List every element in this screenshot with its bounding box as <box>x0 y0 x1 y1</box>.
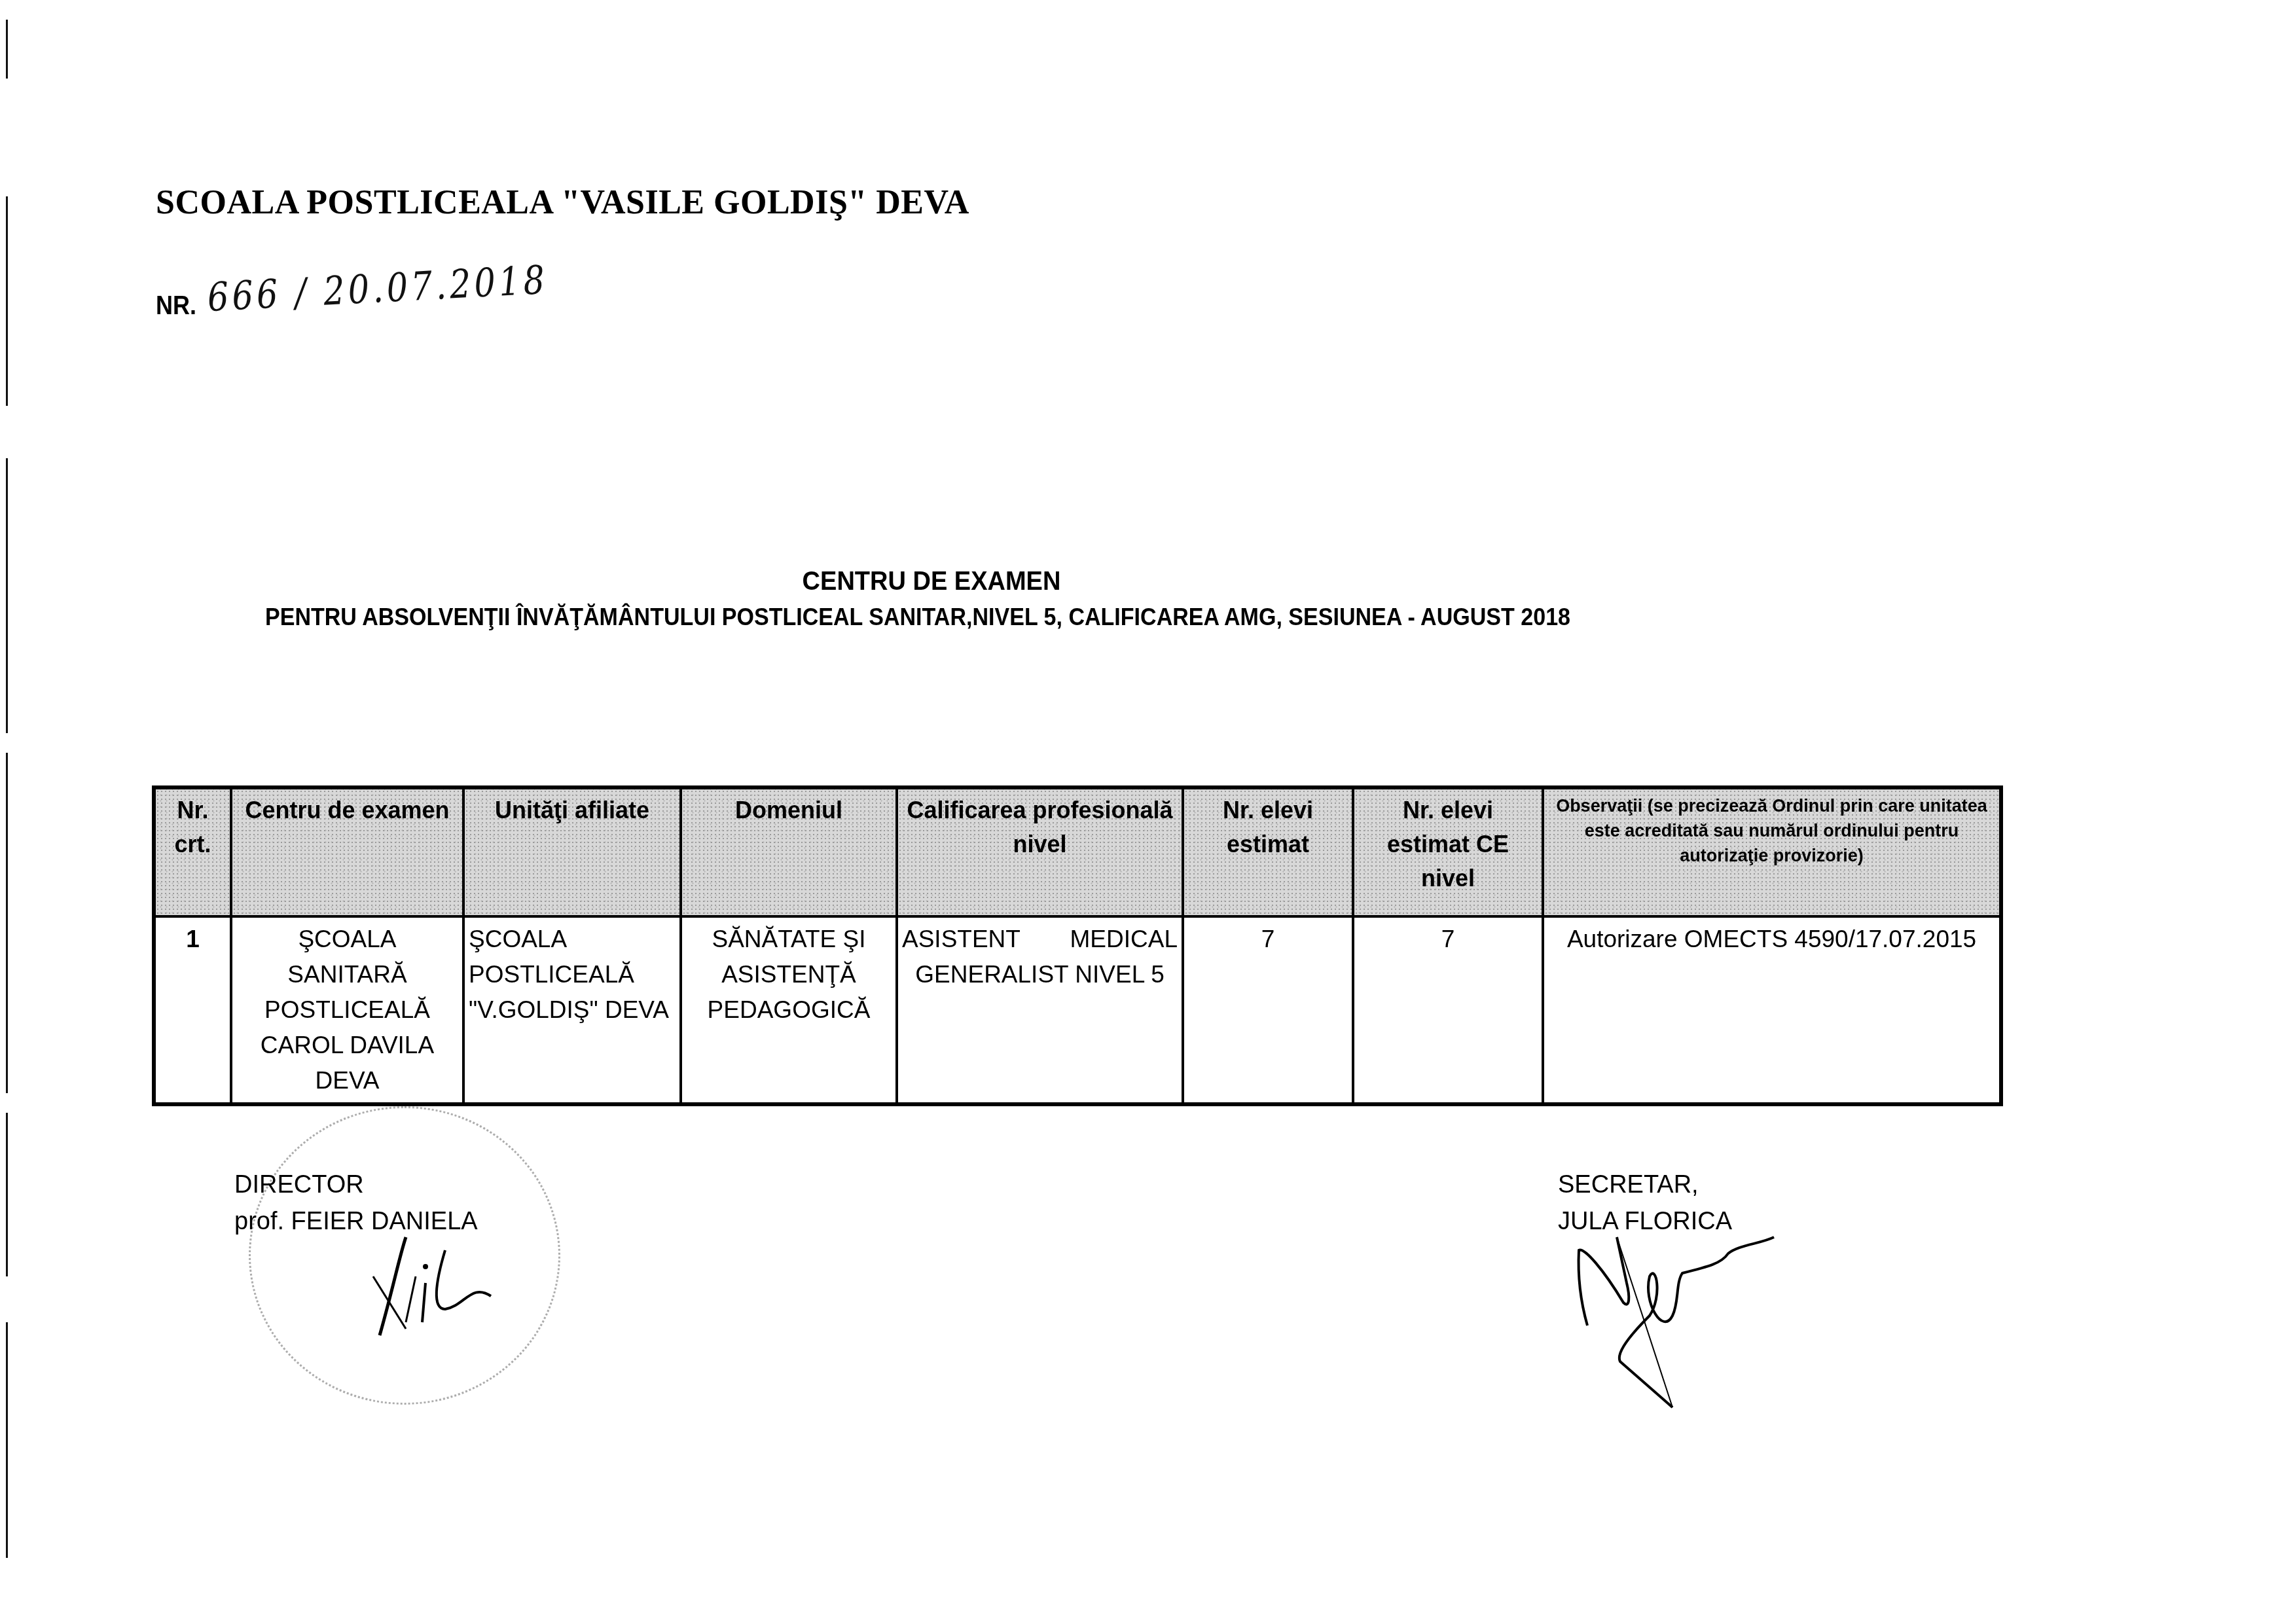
col-header-calificarea: Calificarea profesională nivel <box>897 787 1183 916</box>
nr-handwritten-value: 666 / 20.07.2018 <box>206 257 549 321</box>
nr-label: NR. <box>156 291 196 321</box>
secretar-signature-block: SECRETAR, JULA FLORICA <box>1558 1166 1732 1240</box>
cell-elevi-estimat: 7 <box>1183 916 1353 1104</box>
col-header-domeniul: Domeniul <box>681 787 897 916</box>
col-header-elevi-estimat: Nr. elevi estimat <box>1183 787 1353 916</box>
document-title: CENTRU DE EXAMEN <box>0 567 2021 596</box>
director-signature-icon <box>367 1231 524 1348</box>
cell-observatii: Autorizare OMECTS 4590/17.07.2015 <box>1543 916 2001 1104</box>
col-header-unitati: Unităţi afiliate <box>463 787 681 916</box>
document-subtitle: PENTRU ABSOLVENŢII ÎNVĂŢĂMÂNTULUI POSTLI… <box>265 604 1570 631</box>
cell-nr: 1 <box>154 916 231 1104</box>
secretar-title: SECRETAR, <box>1558 1166 1732 1203</box>
cell-unitati: ŞCOALA POSTLICEALĂ "V.GOLDIŞ" DEVA <box>463 916 681 1104</box>
director-title: DIRECTOR <box>234 1166 478 1203</box>
cell-domeniul: SĂNĂTATE ŞI ASISTENŢĂ PEDAGOGICĂ <box>681 916 897 1104</box>
col-header-centru: Centru de examen <box>231 787 463 916</box>
school-name: SCOALA POSTLICEALA "VASILE GOLDIŞ" DEVA <box>156 183 969 222</box>
col-header-observatii: Observaţii (se precizează Ordinul prin c… <box>1543 787 2001 916</box>
col-header-elevi-ce: Nr. elevi estimat CE nivel <box>1353 787 1543 916</box>
secretar-signature-icon <box>1564 1231 1780 1414</box>
cell-centru: ŞCOALA SANITARĂ POSTLICEALĂ CAROL DAVILA… <box>231 916 463 1104</box>
table-header-row: Nr. crt. Centru de examen Unităţi afilia… <box>154 787 2001 916</box>
registration-number: NR. 666 / 20.07.2018 <box>156 275 608 321</box>
director-signature-block: DIRECTOR prof. FEIER DANIELA <box>234 1166 478 1240</box>
col-header-nr: Nr. crt. <box>154 787 231 916</box>
scan-edge-marks <box>6 0 8 1624</box>
table-row: 1 ŞCOALA SANITARĂ POSTLICEALĂ CAROL DAVI… <box>154 916 2001 1104</box>
cell-elevi-ce: 7 <box>1353 916 1543 1104</box>
exam-center-table: Nr. crt. Centru de examen Unităţi afilia… <box>152 785 2003 1106</box>
cell-calificarea: ASISTENT MEDICAL GENERALIST NIVEL 5 <box>897 916 1183 1104</box>
